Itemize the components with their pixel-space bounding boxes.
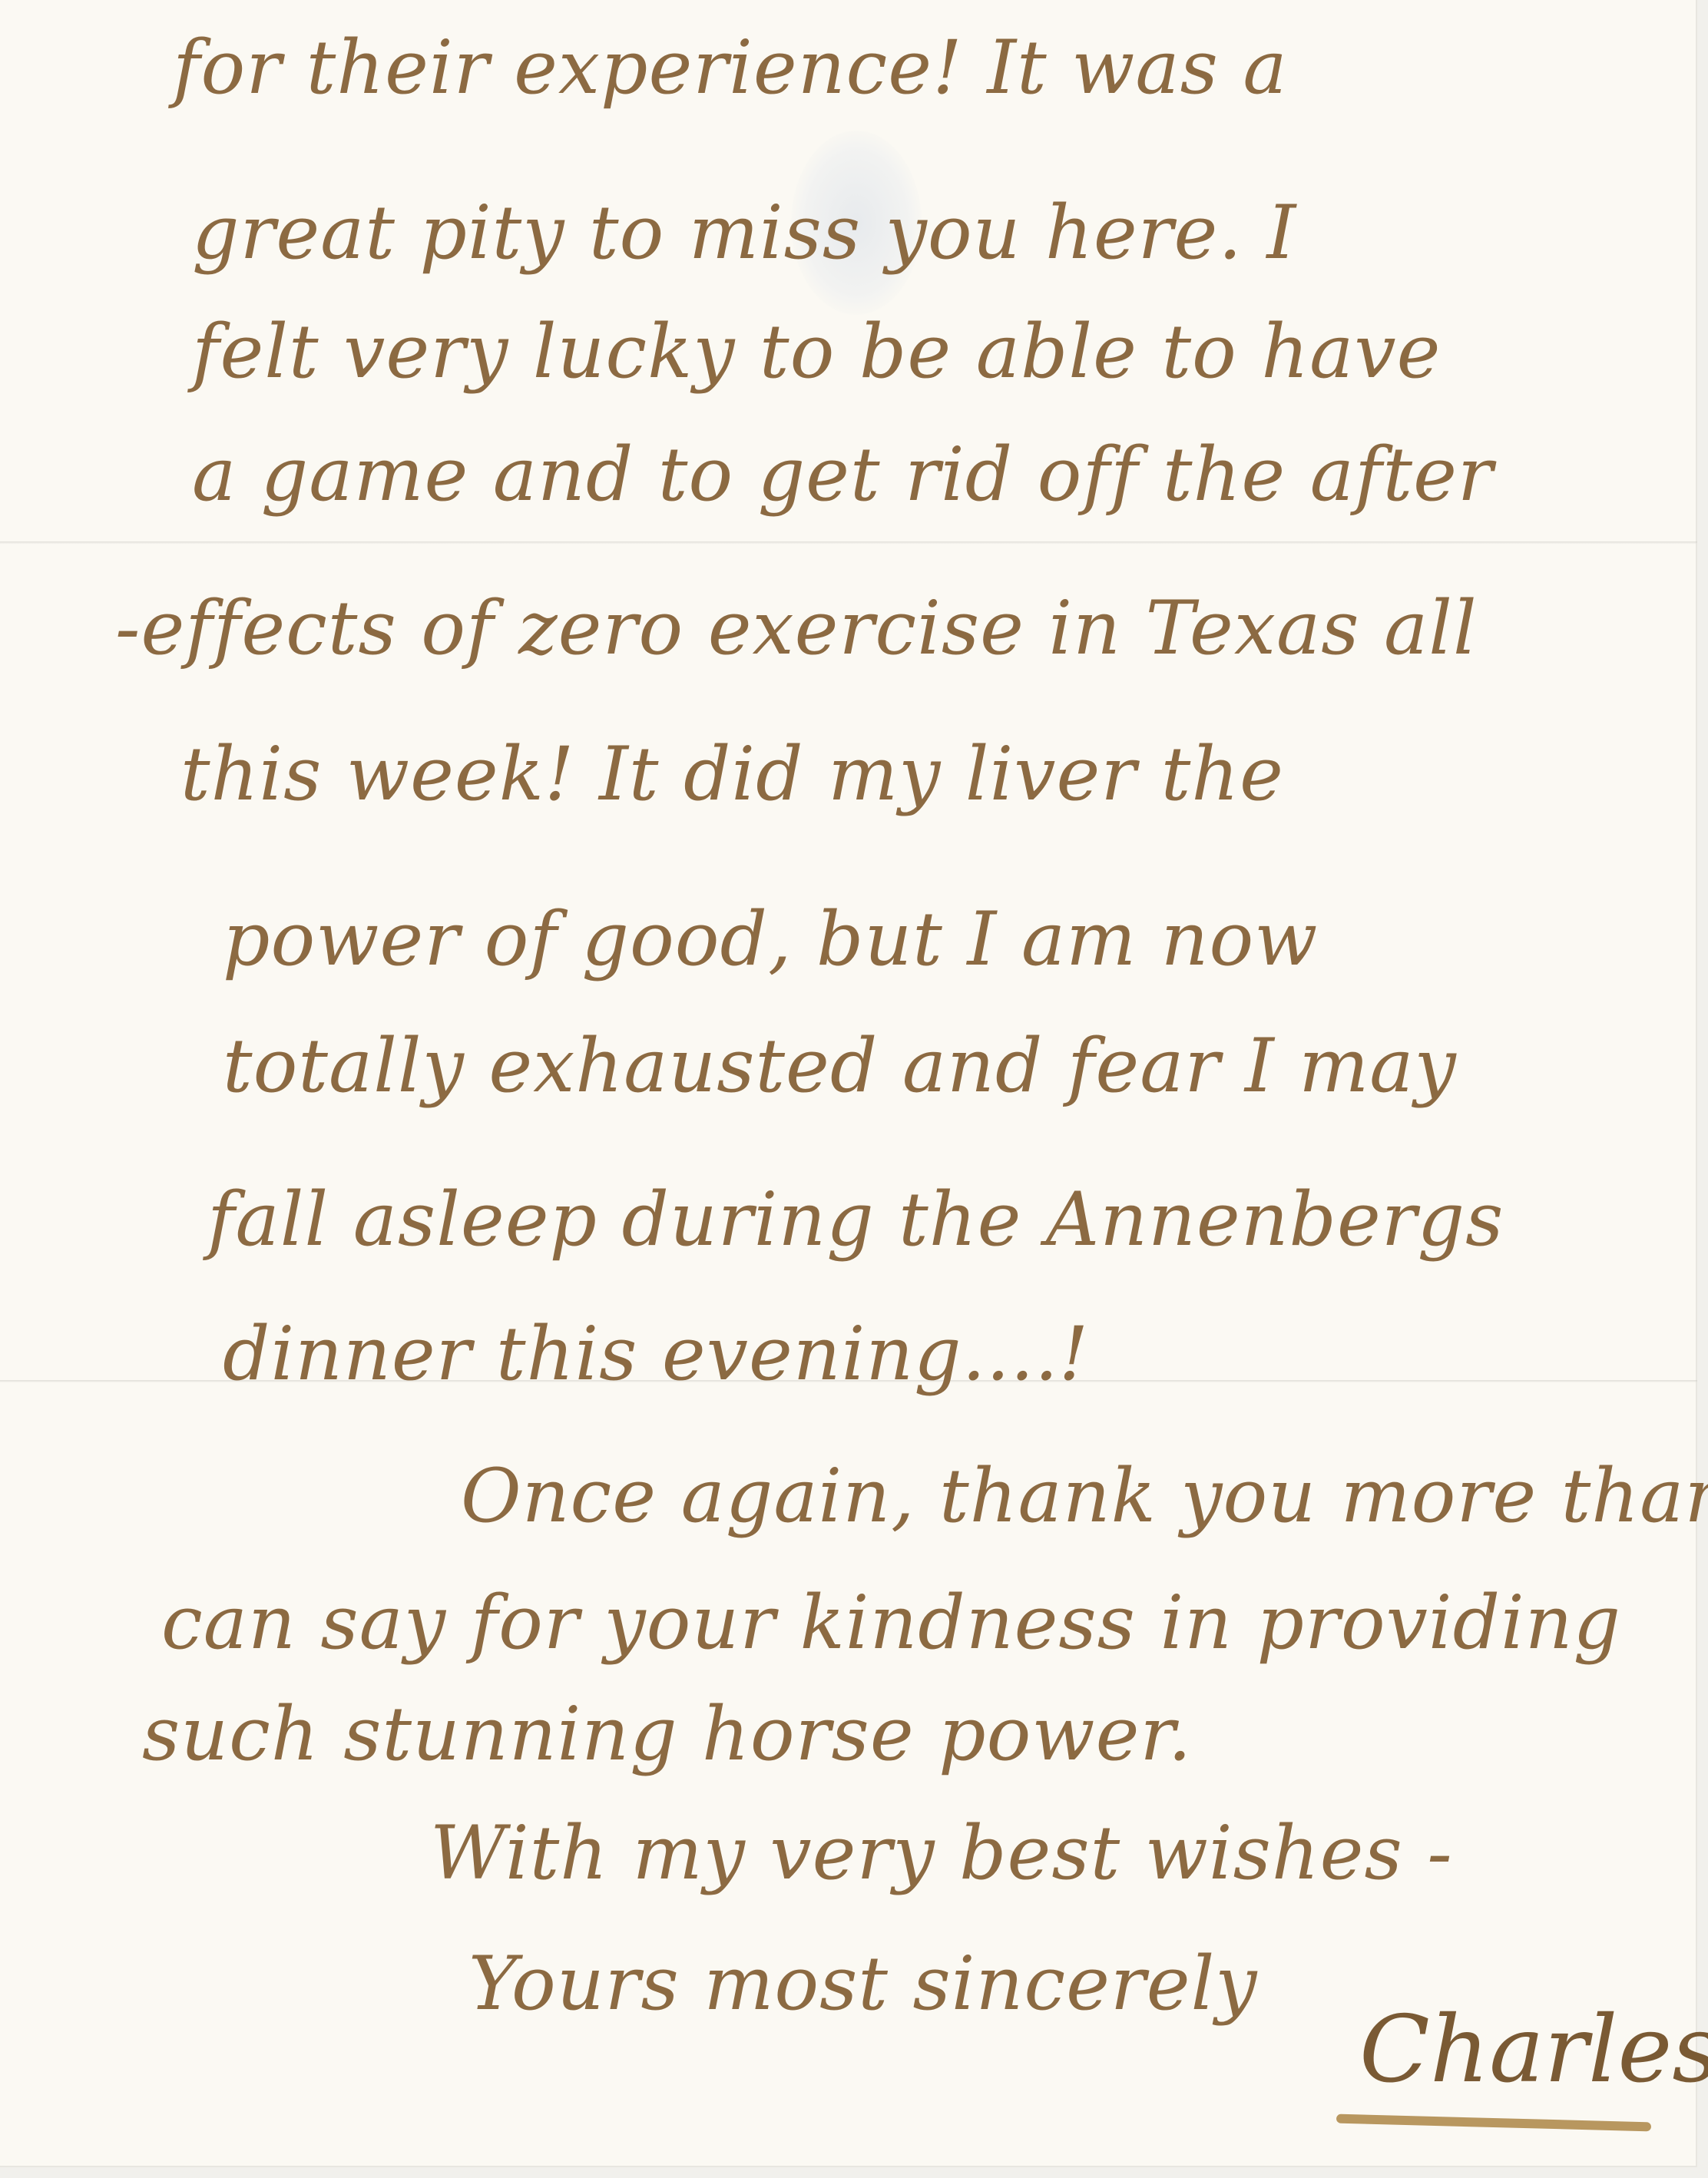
fold-line <box>0 541 1697 544</box>
letter-line: for their experience! It was a <box>173 31 1288 104</box>
letter-line: felt very lucky to be able to have <box>192 315 1441 389</box>
letter-line: -effects of zero exercise in Texas all <box>115 591 1478 665</box>
letter-line: great pity to miss you here. I <box>192 196 1296 270</box>
letter-page: for their experience! It was a great pit… <box>0 0 1697 2167</box>
letter-line: can say for your kindness in providing <box>161 1586 1621 1660</box>
signature-underline <box>1336 2114 1651 2132</box>
letter-closing: Yours most sincerely <box>468 1947 1258 2021</box>
letter-line: this week! It did my liver the <box>180 737 1284 811</box>
letter-line: dinner this evening....! <box>223 1317 1089 1391</box>
signature: Charles <box>1359 2004 1708 2097</box>
letter-line: totally exhausted and fear I may <box>223 1029 1457 1103</box>
letter-line: a game and to get rid off the after <box>192 438 1494 511</box>
letter-line: With my very best wishes - <box>430 1816 1453 1890</box>
letter-line: power of good, but I am now <box>223 902 1318 976</box>
letter-line: such stunning horse power. <box>142 1697 1192 1771</box>
letter-line: fall asleep during the Annenbergs <box>207 1183 1504 1256</box>
letter-line: Once again, thank you more than I <box>461 1459 1708 1533</box>
